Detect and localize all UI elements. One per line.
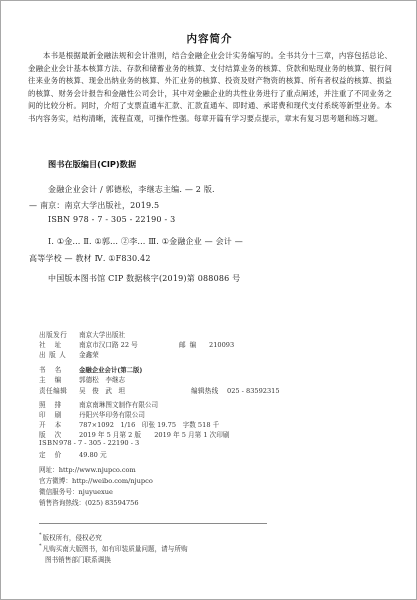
pub-label: 印刷 xyxy=(39,409,79,419)
cip-line-classification-cont: 高等学校 — 教材 Ⅳ. ①F830.42 xyxy=(29,253,151,264)
pub-value: 787×1092 1/16 印张 19.75 字数 518 千 xyxy=(79,419,219,429)
weibo-text: 官方微博：http://weibo.com/njupco xyxy=(39,475,153,485)
postcode-value: 210093 xyxy=(209,341,234,349)
notice-exchange-cont: 图书销售部门联系调换 xyxy=(45,554,111,564)
pub-value: 49.80 元 xyxy=(79,449,107,459)
copyright-page: 内容简介 本书是根据最新金融法规和会计准则，结合金融企业会计实务编写的。全书共分… xyxy=(0,0,417,600)
asterisk-icon: * xyxy=(39,532,42,538)
notice-copyright: *版权所有，侵权必究 xyxy=(39,532,102,542)
pub-value: 978 - 7 - 305 - 22190 - 3 xyxy=(59,439,139,447)
pub-row-format: 开本 787×1092 1/16 印张 19.75 字数 518 千 xyxy=(39,419,219,429)
pub-label: 主编 xyxy=(39,374,79,384)
pub-value: 丹阳兴华印务有限公司 xyxy=(79,409,145,419)
pub-value: 郭德松 李继志 xyxy=(79,374,125,384)
intro-title: 内容简介 xyxy=(1,31,417,46)
cip-line-title: 金融企业会计 / 郭德松，李继志主编. — 2 版. xyxy=(48,184,215,195)
website-text: 网址：http://www.njupco.com xyxy=(39,464,136,474)
pub-value: 南京大学出版社 xyxy=(79,329,125,339)
notice-text: 凡购买南大版图书，如有印装质量问题，请与所购 xyxy=(43,545,188,553)
cip-line-classification: Ⅰ. ①金… Ⅱ. ①郭… ②李… Ⅲ. ①金融企业 — 会计 — xyxy=(48,236,243,247)
pub-label: 社址 xyxy=(39,339,79,349)
cip-title: 图书在版编目(CIP)数据 xyxy=(48,159,136,170)
pub-row-isbn: ISBN 978 - 7 - 305 - 22190 - 3 xyxy=(39,439,139,447)
pub-value: 金融企业会计(第二版) xyxy=(79,365,142,374)
intro-body: 本书是根据最新金融法规和会计准则，结合金融企业会计实务编写的。全书共分十三章，内… xyxy=(28,50,392,126)
pub-label: 书名 xyxy=(39,364,79,374)
pub-label: 定价 xyxy=(39,449,79,459)
pub-value: 金鑫荣 xyxy=(79,349,99,359)
cip-line-publisher: — 南京：南京大学出版社，2019.5 xyxy=(29,200,159,211)
cip-line-verification: 中国版本图书馆 CIP 数据核字(2019)第 088086 号 xyxy=(48,273,240,284)
pub-row-editors: 主编 郭德松 李继志 xyxy=(39,374,125,384)
pub-value: 南京南琳图文制作有限公司 xyxy=(79,399,158,409)
postcode-label: 邮编 xyxy=(179,339,209,349)
notice-text: 版权所有，侵权必究 xyxy=(43,534,102,542)
pub-row-typeset: 照排 南京南琳图文制作有限公司 xyxy=(39,399,158,409)
pub-label: 版次 xyxy=(39,429,79,439)
pub-row-address: 社址 南京市汉口路 22 号 邮编 210093 xyxy=(39,339,234,349)
cip-line-isbn: ISBN 978 - 7 - 305 - 22190 - 3 xyxy=(48,215,175,224)
pub-value: 2019 年 5 月第 2 版 2019 年 5 月第 1 次印刷 xyxy=(79,429,229,439)
pub-label: ISBN xyxy=(39,439,59,447)
pub-label: 照排 xyxy=(39,399,79,409)
sales-hotline-text: 销售咨询热线：(025) 83594756 xyxy=(39,497,139,507)
pub-label: 出版人 xyxy=(39,349,79,359)
pub-value: 吴 俊 武 坦 xyxy=(79,385,191,395)
pub-value: 南京市汉口路 22 号 xyxy=(79,339,179,349)
asterisk-icon: * xyxy=(39,543,42,549)
pub-row-price: 定价 49.80 元 xyxy=(39,449,107,459)
pub-label: 出版发行 xyxy=(39,329,79,339)
pub-label: 责任编辑 xyxy=(39,385,79,395)
editor-hotline-label: 编辑热线 xyxy=(191,385,227,395)
notice-exchange: *凡购买南大版图书，如有印装质量问题，请与所购 xyxy=(39,543,188,553)
editor-hotline-value: 025 - 83592315 xyxy=(227,387,280,395)
pub-row-book-name: 书名 金融企业会计(第二版) xyxy=(39,364,142,374)
pub-row-pub-person: 出版人 金鑫荣 xyxy=(39,349,99,359)
pub-row-printer: 印刷 丹阳兴华印务有限公司 xyxy=(39,409,145,419)
wechat-text: 微信服务号：njuyuexue xyxy=(39,486,113,496)
pub-row-edition: 版次 2019 年 5 月第 2 版 2019 年 5 月第 1 次印刷 xyxy=(39,429,229,439)
pub-label: 开本 xyxy=(39,419,79,429)
divider xyxy=(39,523,267,524)
pub-row-resp-editor: 责任编辑 吴 俊 武 坦 编辑热线 025 - 83592315 xyxy=(39,385,280,395)
pub-row-publisher: 出版发行 南京大学出版社 xyxy=(39,329,125,339)
